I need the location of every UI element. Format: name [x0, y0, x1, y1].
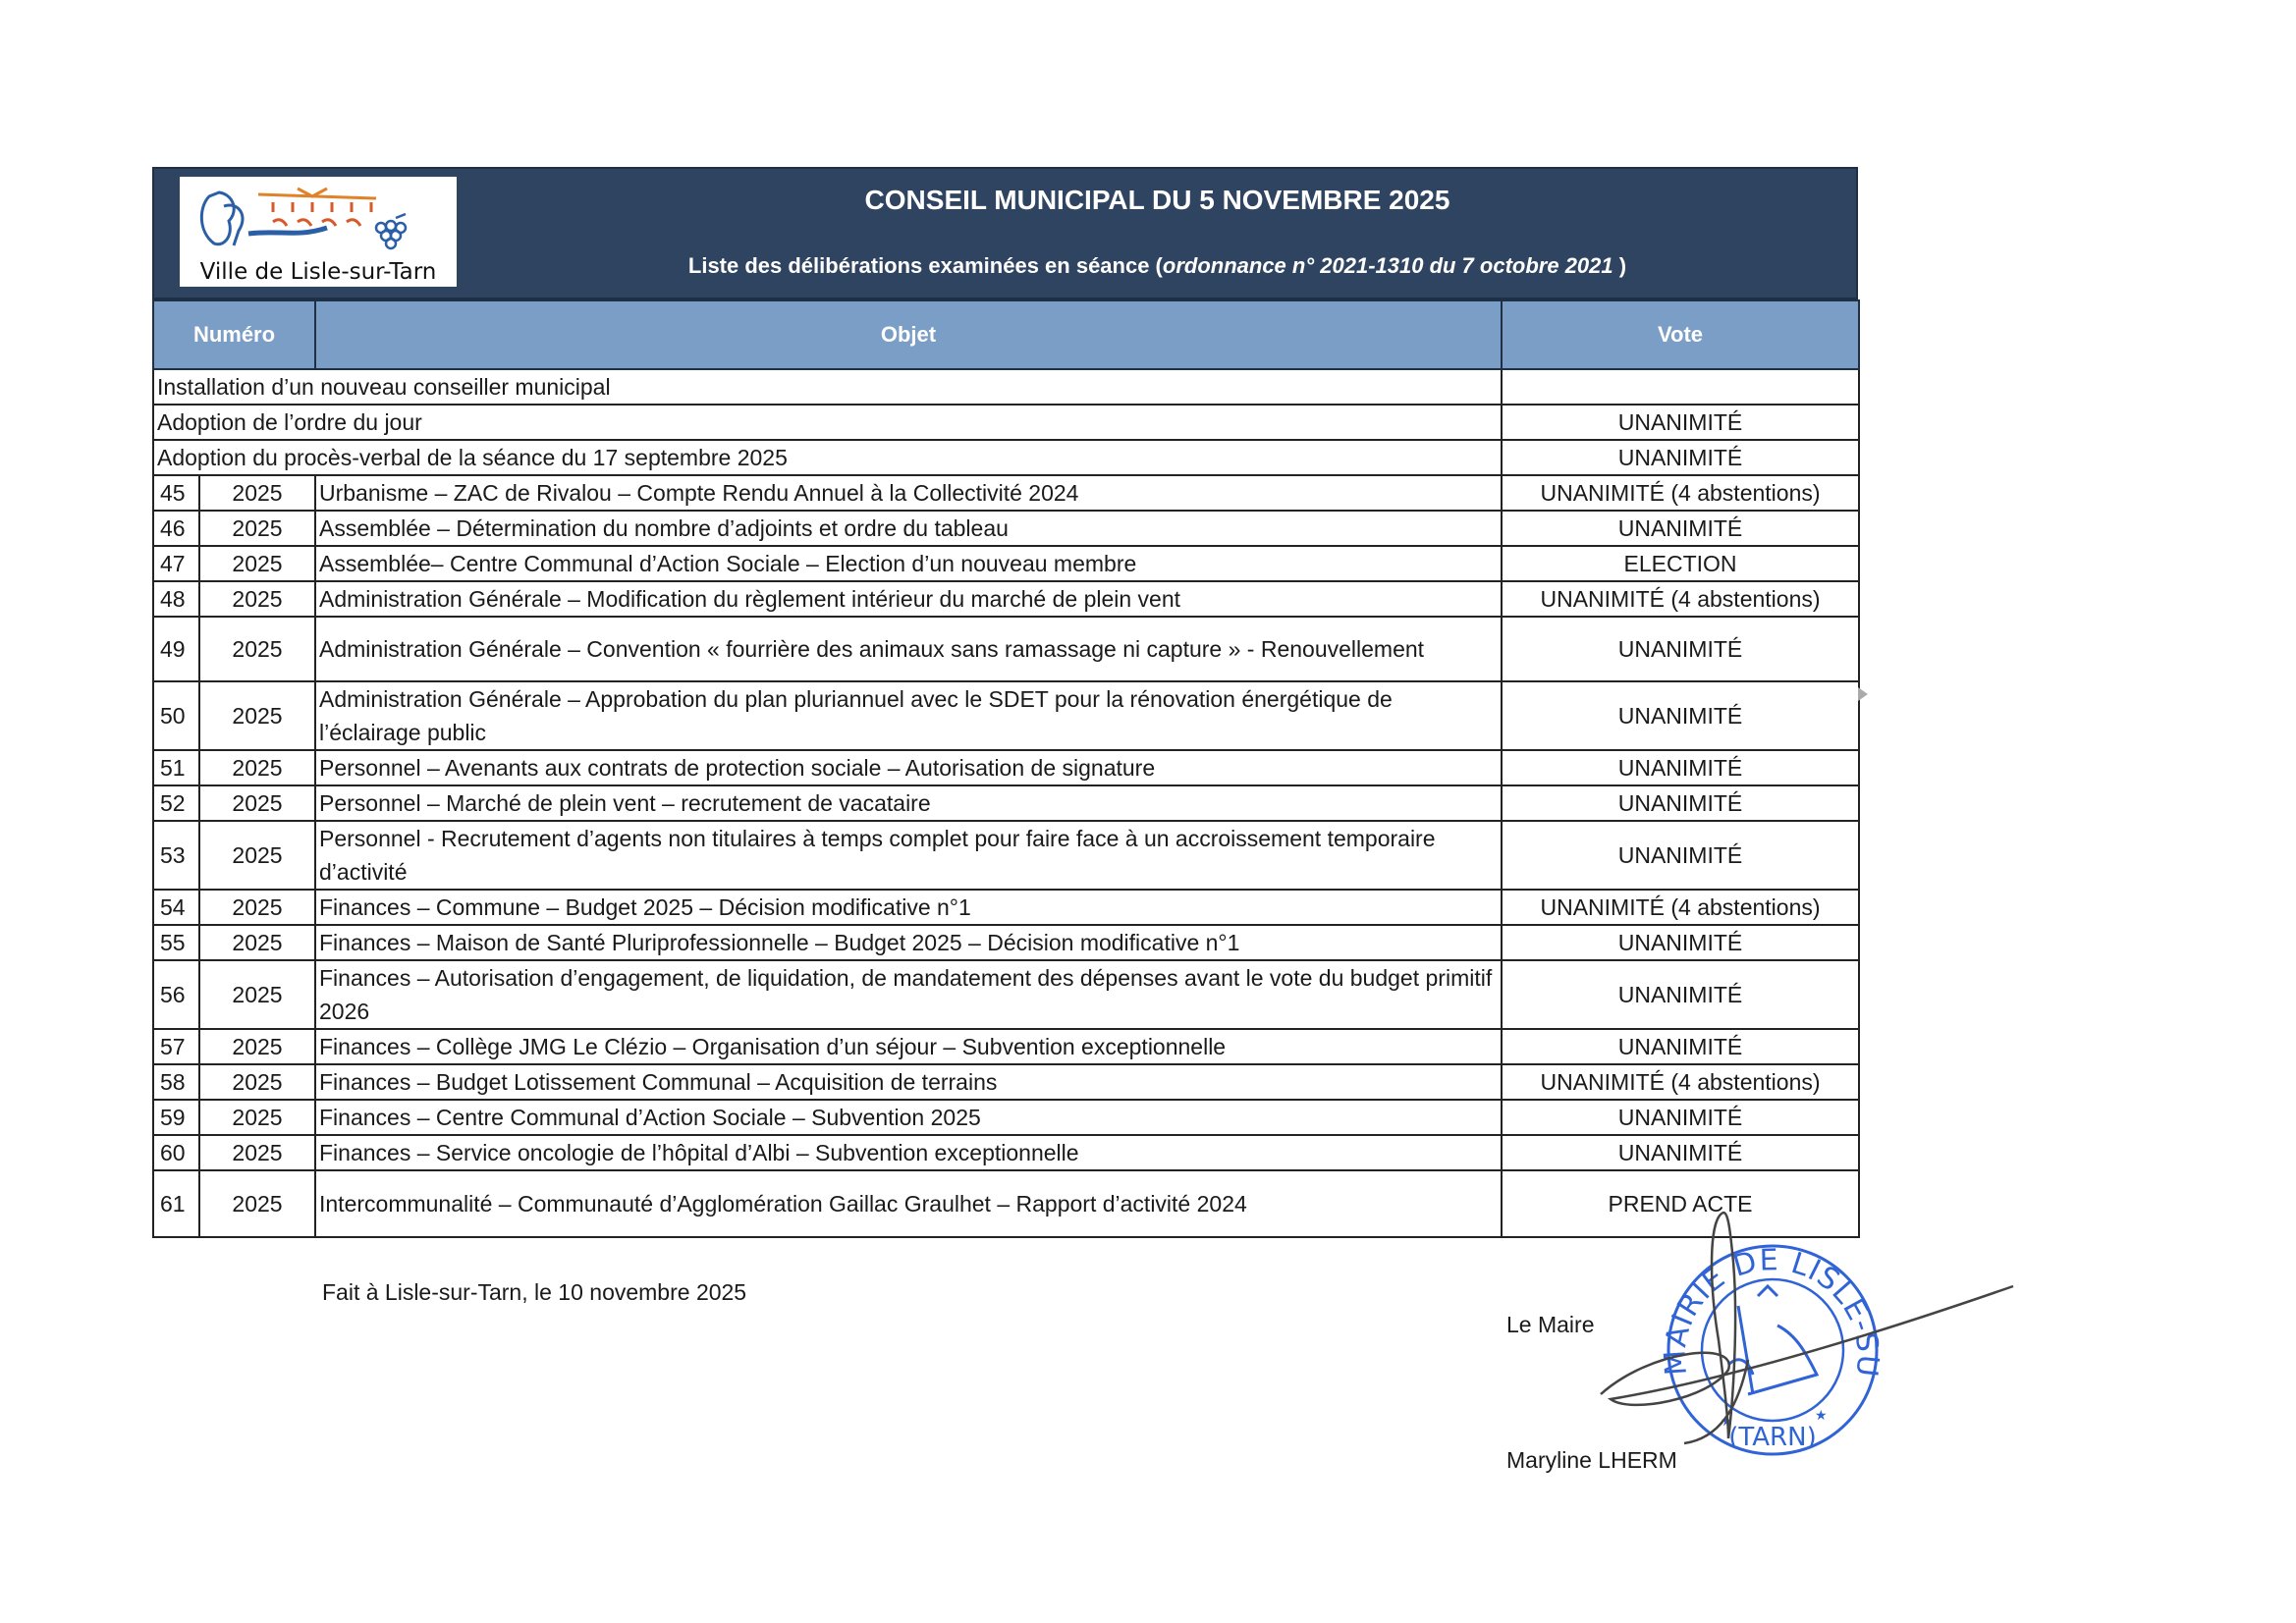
objet-cell: Intercommunalité – Communauté d’Agglomér… — [315, 1170, 1502, 1237]
objet-cell: Administration Générale – Approbation du… — [315, 681, 1502, 750]
objet-cell: Finances – Service oncologie de l’hôpita… — [315, 1135, 1502, 1170]
vote-cell: UNANIMITÉ (4 abstentions) — [1502, 890, 1859, 925]
numero-cell: 61 — [153, 1170, 199, 1237]
scan-artifact — [1858, 687, 1868, 701]
numero-cell: 57 — [153, 1029, 199, 1064]
subtitle-prefix: Liste des délibérations examinées en séa… — [688, 253, 1163, 278]
table-row: 542025Finances – Commune – Budget 2025 –… — [153, 890, 1859, 925]
vote-cell: ELECTION — [1502, 546, 1859, 581]
numero-cell: 58 — [153, 1064, 199, 1100]
table-row: 472025Assemblée– Centre Communal d’Actio… — [153, 546, 1859, 581]
subtitle-suffix: ) — [1613, 253, 1626, 278]
vote-cell: UNANIMITÉ — [1502, 681, 1859, 750]
deliberations-document: Ville de Lisle-sur-Tarn CONSEIL MUNICIPA… — [152, 167, 1858, 1238]
vote-cell: UNANIMITÉ — [1502, 405, 1859, 440]
objet-cell: Personnel - Recrutement d’agents non tit… — [315, 821, 1502, 890]
numero-cell: 48 — [153, 581, 199, 617]
numero-cell: 50 — [153, 681, 199, 750]
subtitle-reference: ordonnance n° 2021-1310 du 7 octobre 202… — [1163, 253, 1613, 278]
table-row: 532025Personnel - Recrutement d’agents n… — [153, 821, 1859, 890]
annee-cell: 2025 — [199, 511, 315, 546]
objet-cell: Adoption du procès-verbal de la séance d… — [153, 440, 1502, 475]
annee-cell: 2025 — [199, 1064, 315, 1100]
objet-cell: Finances – Centre Communal d’Action Soci… — [315, 1100, 1502, 1135]
objet-cell: Installation d’un nouveau conseiller mun… — [153, 369, 1502, 405]
vote-cell: UNANIMITÉ — [1502, 1100, 1859, 1135]
table-row: 492025Administration Générale – Conventi… — [153, 617, 1859, 681]
vote-cell: UNANIMITÉ — [1502, 617, 1859, 681]
objet-cell: Personnel – Avenants aux contrats de pro… — [315, 750, 1502, 785]
table-row: 512025Personnel – Avenants aux contrats … — [153, 750, 1859, 785]
annee-cell: 2025 — [199, 1100, 315, 1135]
annee-cell: 2025 — [199, 890, 315, 925]
annee-cell: 2025 — [199, 925, 315, 960]
table-row-preliminary: Adoption du procès-verbal de la séance d… — [153, 440, 1859, 475]
vote-cell: UNANIMITÉ — [1502, 750, 1859, 785]
objet-cell: Assemblée – Détermination du nombre d’ad… — [315, 511, 1502, 546]
city-logo: Ville de Lisle-sur-Tarn — [180, 177, 457, 287]
page-title: CONSEIL MUNICIPAL DU 5 NOVEMBRE 2025 — [459, 185, 1856, 216]
numero-cell: 47 — [153, 546, 199, 581]
numero-cell: 54 — [153, 890, 199, 925]
vote-cell: UNANIMITÉ (4 abstentions) — [1502, 475, 1859, 511]
vote-cell: UNANIMITÉ — [1502, 925, 1859, 960]
numero-cell: 55 — [153, 925, 199, 960]
objet-cell: Finances – Maison de Santé Pluriprofessi… — [315, 925, 1502, 960]
numero-cell: 59 — [153, 1100, 199, 1135]
table-row: 462025Assemblée – Détermination du nombr… — [153, 511, 1859, 546]
numero-cell: 52 — [153, 785, 199, 821]
annee-cell: 2025 — [199, 821, 315, 890]
table-row: 572025Finances – Collège JMG Le Clézio –… — [153, 1029, 1859, 1064]
annee-cell: 2025 — [199, 750, 315, 785]
column-header-vote: Vote — [1502, 300, 1859, 369]
vote-cell: UNANIMITÉ — [1502, 1029, 1859, 1064]
numero-cell: 45 — [153, 475, 199, 511]
objet-cell: Personnel – Marché de plein vent – recru… — [315, 785, 1502, 821]
annee-cell: 2025 — [199, 1029, 315, 1064]
vote-cell: UNANIMITÉ — [1502, 511, 1859, 546]
table-row: 522025Personnel – Marché de plein vent –… — [153, 785, 1859, 821]
table-row: 452025Urbanisme – ZAC de Rivalou – Compt… — [153, 475, 1859, 511]
deliberations-table: Numéro Objet Vote Installation d’un nouv… — [152, 299, 1860, 1238]
table-row: 502025Administration Générale – Approbat… — [153, 681, 1859, 750]
vote-cell: UNANIMITÉ — [1502, 440, 1859, 475]
header-banner: Ville de Lisle-sur-Tarn CONSEIL MUNICIPA… — [152, 167, 1858, 299]
objet-cell: Assemblée– Centre Communal d’Action Soci… — [315, 546, 1502, 581]
table-header-row: Numéro Objet Vote — [153, 300, 1859, 369]
annee-cell: 2025 — [199, 1135, 315, 1170]
numero-cell: 51 — [153, 750, 199, 785]
numero-cell: 53 — [153, 821, 199, 890]
vote-cell: UNANIMITÉ — [1502, 1135, 1859, 1170]
vote-cell: UNANIMITÉ — [1502, 821, 1859, 890]
vote-cell: UNANIMITÉ — [1502, 785, 1859, 821]
annee-cell: 2025 — [199, 960, 315, 1029]
numero-cell: 49 — [153, 617, 199, 681]
vote-cell: UNANIMITÉ (4 abstentions) — [1502, 1064, 1859, 1100]
signatory-title: Le Maire — [1506, 1312, 1594, 1338]
numero-cell: 56 — [153, 960, 199, 1029]
objet-cell: Administration Générale – Convention « f… — [315, 617, 1502, 681]
table-row-preliminary: Adoption de l’ordre du jour UNANIMITÉ — [153, 405, 1859, 440]
objet-cell: Finances – Budget Lotissement Communal –… — [315, 1064, 1502, 1100]
table-row: 552025Finances – Maison de Santé Pluripr… — [153, 925, 1859, 960]
page-subtitle: Liste des délibérations examinées en séa… — [459, 253, 1856, 279]
objet-cell: Finances – Commune – Budget 2025 – Décis… — [315, 890, 1502, 925]
annee-cell: 2025 — [199, 546, 315, 581]
table-row: 602025Finances – Service oncologie de l’… — [153, 1135, 1859, 1170]
column-header-numero: Numéro — [153, 300, 315, 369]
objet-cell: Finances – Autorisation d’engagement, de… — [315, 960, 1502, 1029]
annee-cell: 2025 — [199, 681, 315, 750]
annee-cell: 2025 — [199, 475, 315, 511]
objet-cell: Finances – Collège JMG Le Clézio – Organ… — [315, 1029, 1502, 1064]
logo-caption: Ville de Lisle-sur-Tarn — [180, 259, 457, 285]
table-row: 582025Finances – Budget Lotissement Comm… — [153, 1064, 1859, 1100]
city-emblem-icon — [180, 177, 457, 261]
objet-cell: Administration Générale – Modification d… — [315, 581, 1502, 617]
signature-date: Fait à Lisle-sur-Tarn, le 10 novembre 20… — [322, 1279, 746, 1306]
table-row: 592025Finances – Centre Communal d’Actio… — [153, 1100, 1859, 1135]
table-row: 562025Finances – Autorisation d’engageme… — [153, 960, 1859, 1029]
table-row-preliminary: Installation d’un nouveau conseiller mun… — [153, 369, 1859, 405]
annee-cell: 2025 — [199, 581, 315, 617]
numero-cell: 60 — [153, 1135, 199, 1170]
annee-cell: 2025 — [199, 1170, 315, 1237]
vote-cell: UNANIMITÉ — [1502, 960, 1859, 1029]
table-row: 482025Administration Générale – Modifica… — [153, 581, 1859, 617]
column-header-objet: Objet — [315, 300, 1502, 369]
mayor-signature-icon — [1591, 1203, 2023, 1458]
objet-cell: Adoption de l’ordre du jour — [153, 405, 1502, 440]
numero-cell: 46 — [153, 511, 199, 546]
vote-cell — [1502, 369, 1859, 405]
vote-cell: UNANIMITÉ (4 abstentions) — [1502, 581, 1859, 617]
annee-cell: 2025 — [199, 785, 315, 821]
objet-cell: Urbanisme – ZAC de Rivalou – Compte Rend… — [315, 475, 1502, 511]
annee-cell: 2025 — [199, 617, 315, 681]
